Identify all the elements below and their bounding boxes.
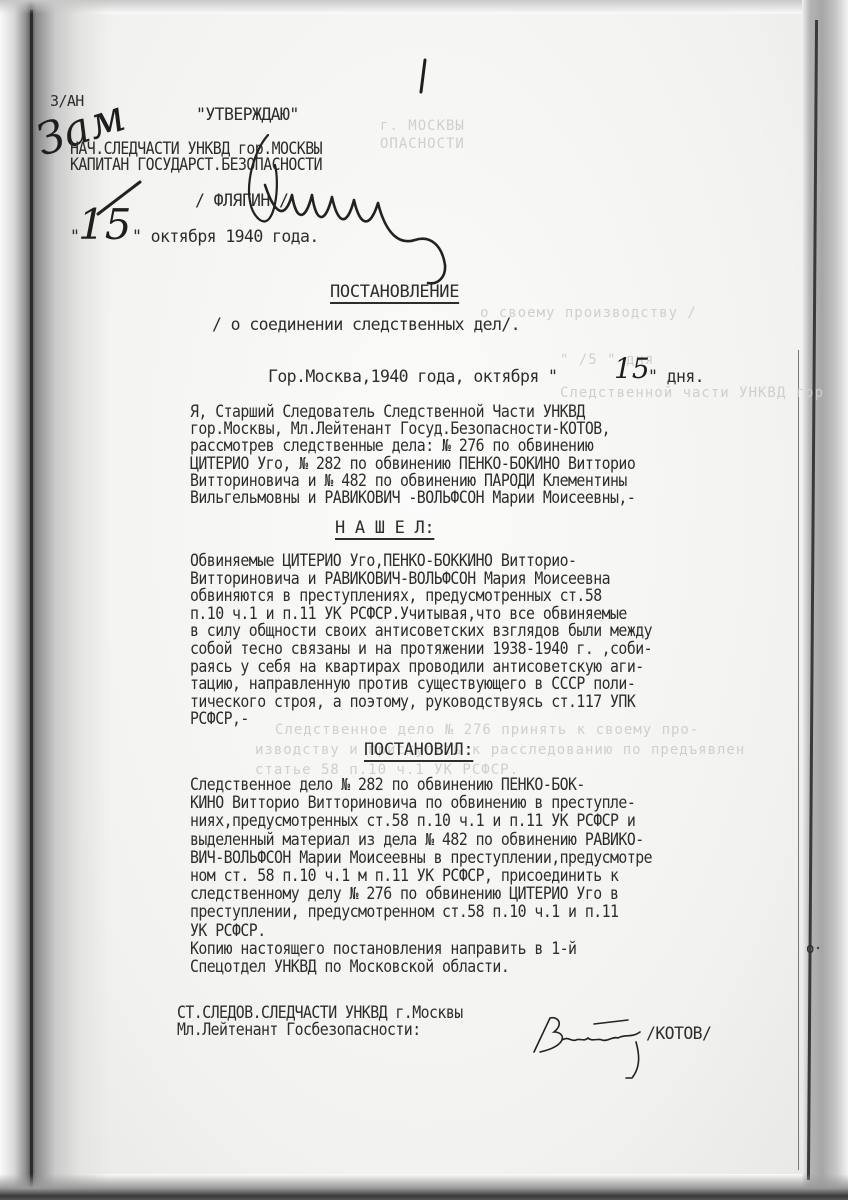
place-date-day: 15 (614, 352, 650, 385)
resolved-line: Следственное дело № 282 по обвинению ПЕН… (190, 776, 585, 794)
signer-rank: Мл.Лейтенант Госбезопасности: (177, 1021, 421, 1039)
resolved-line: КИНО Витторио Витториновича по обвинению… (190, 794, 635, 812)
place-date-suffix: " дня. (648, 368, 704, 386)
resolved-line: следственному делу № 276 по обвинению ЦИ… (190, 885, 618, 903)
found-heading: Н А Ш Е Л: (335, 518, 434, 538)
found-line: в силу общности своих антисоветских взгл… (190, 622, 652, 640)
top-edge (0, 0, 848, 14)
approval-title: "УТВЕРЖДАЮ" (196, 106, 299, 124)
resolved-line: Спецотдел УНКВД по Московской области. (190, 958, 509, 976)
approval-signature (230, 125, 470, 285)
resolved-line: ниях,предусмотренных ст.58 п.10 ч.1 и п.… (190, 812, 635, 830)
found-line: раясь у себя на квартирах проводили анти… (190, 658, 644, 676)
right-margin-line (798, 350, 799, 1170)
found-line: Витториновича и РАВИКОВИЧ-ВОЛЬФСОН Мария… (190, 570, 610, 588)
approval-date-stroke (90, 178, 150, 218)
binding-edge (30, 10, 33, 1190)
found-line: тацию, направленную против существующего… (190, 675, 635, 693)
page-number-handwritten (415, 58, 435, 98)
resolved-line: ном ст. 58 п.10 ч.1 м п.11 УК РСФСР, при… (190, 867, 618, 885)
approval-date-rest: " октября 1940 года. (132, 228, 319, 246)
edge-mark: о· (806, 940, 822, 958)
bleed-through-text: изводству и приступить к расследованию п… (255, 742, 745, 758)
bleed-through-text: Следственное дело № 276 принять к своему… (275, 722, 699, 738)
signer-signature (528, 1012, 668, 1082)
bottom-edge (0, 1174, 848, 1200)
place-date-prefix: Гор.Москва,1940 года, октября " (268, 368, 557, 386)
found-line: п.10 ч.1 и п.11 УК РСФСР.Учитывая,что вс… (190, 605, 627, 623)
found-line: тического строя, а поэтому, руководствуя… (190, 693, 635, 711)
bleed-through-text: Следственной части УНКВД гор (560, 385, 824, 401)
found-line: обвиняются в преступлениях, предусмотрен… (190, 587, 602, 605)
resolved-line: УК РСФСР. (190, 922, 266, 940)
scanned-page: г. МОСКВЫ ОПАСНОСТИ о своему производств… (0, 0, 848, 1200)
document-title: ПОСТАНОВЛЕНИЕ (330, 282, 459, 302)
resolved-line: Копию настоящего постановления направить… (190, 940, 576, 958)
document-subtitle: / о соединении следственных дел/. (212, 316, 520, 334)
intro-line: Вильгельмовны и РАВИКОВИЧ -ВОЛЬФСОН Мари… (190, 489, 635, 507)
found-line: Обвиняемые ЦИТЕРИО Уго,ПЕНКО-БОККИНО Вит… (190, 552, 576, 570)
resolved-line: преступлении, предусмотренном ст.58 п.10… (190, 903, 618, 921)
resolved-line: выделенный материал из дела № 482 по обв… (190, 831, 644, 849)
resolved-line: ВИЧ-ВОЛЬФСОН Марии Моисеевны в преступле… (190, 849, 652, 867)
resolved-heading: ПОСТАНОВИЛ: (364, 740, 473, 760)
found-line: собой тесно связаны и на протяжении 1938… (190, 640, 652, 658)
found-line: РСФСР,- (190, 710, 249, 728)
